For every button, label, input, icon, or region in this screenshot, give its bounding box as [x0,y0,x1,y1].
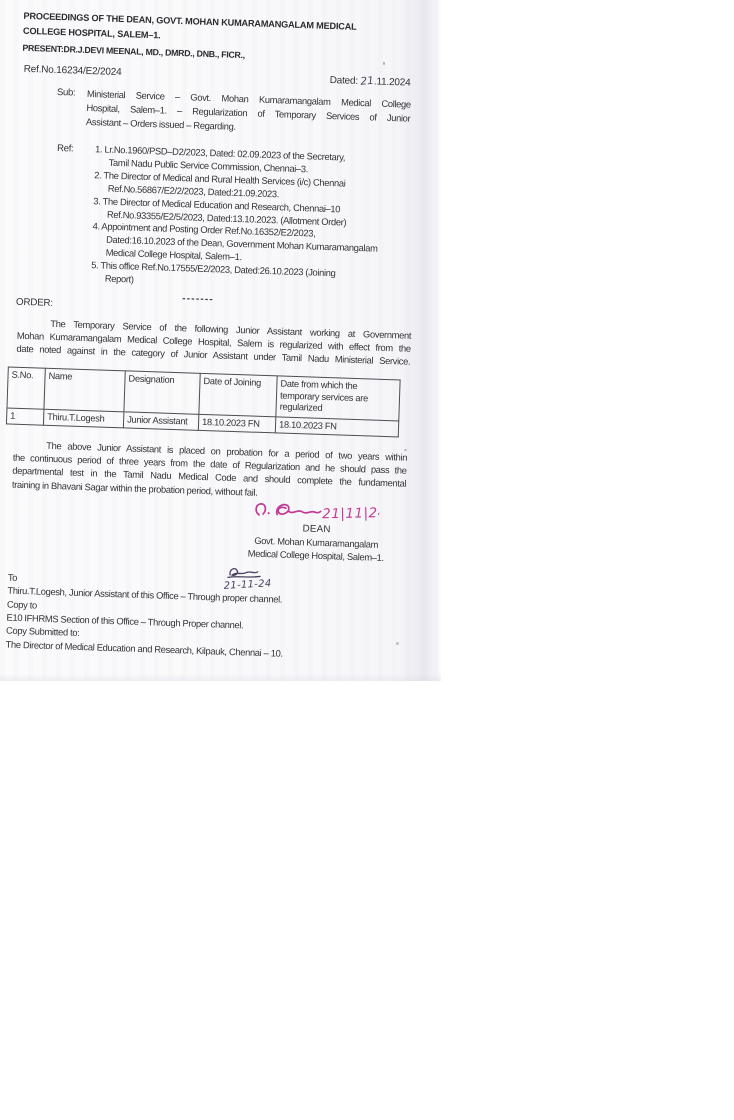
col-header-regularized-date: Date from which the temporary services a… [276,376,400,421]
cell-regularized-date: 18.10.2023 FN [275,417,398,437]
initials-stroke [230,568,258,576]
col-header-date-of-joining: Date of Joining [199,373,277,417]
document-content: PROCEEDINGS OF THE DEAN, GOVT. MOHAN KUM… [0,0,441,676]
signature-stroke [256,504,265,515]
cell-designation: Junior Assistant [123,412,198,430]
signature-dot [267,512,269,514]
dated-line: Dated: 21.11.2024 [292,73,410,90]
subject-text: Ministerial Service – Govt. Mohan Kumara… [86,87,411,140]
separator-dashes: ------- [182,292,214,306]
subject-label: Sub: [57,86,76,100]
reference-label: Ref: [57,142,74,156]
scan-speck [404,449,407,451]
probation-paragraph: The above Junior Assistant is placed on … [12,438,408,504]
signature-loop [277,504,289,514]
service-regularization-table: S.No. Name Designation Date of Joining D… [6,366,401,437]
dated-rest: .11.2024 [374,76,411,88]
scan-speck [396,642,399,645]
reference-list: 1. Lr.No.1960/PSD–D2/2023, Dated: 02.09.… [91,143,408,295]
order-paragraph: The Temporary Service of the following J… [16,316,411,369]
col-header-sno: S.No. [7,367,45,409]
col-header-name: Name [44,368,125,412]
scan-speck [383,62,385,65]
distribution-block: To Thiru.T.Logesh, Junior Assistant of t… [5,571,412,664]
cell-date-of-joining: 18.10.2023 FN [198,414,275,433]
signature-wave [288,510,321,513]
order-heading: ORDER: [16,296,53,310]
signature-date-handwritten: 21|11|24 [322,505,380,522]
dated-day-handwritten: 21 [360,75,374,89]
reference-number: Ref.No.16234/E2/2024 [23,63,121,79]
scanned-document-page: PROCEEDINGS OF THE DEAN, GOVT. MOHAN KUM… [0,0,441,681]
col-header-designation: Designation [124,371,200,414]
cell-sno: 1 [6,408,44,425]
dated-label: Dated: [330,75,359,87]
cell-name: Thiru.T.Logesh [43,409,123,428]
